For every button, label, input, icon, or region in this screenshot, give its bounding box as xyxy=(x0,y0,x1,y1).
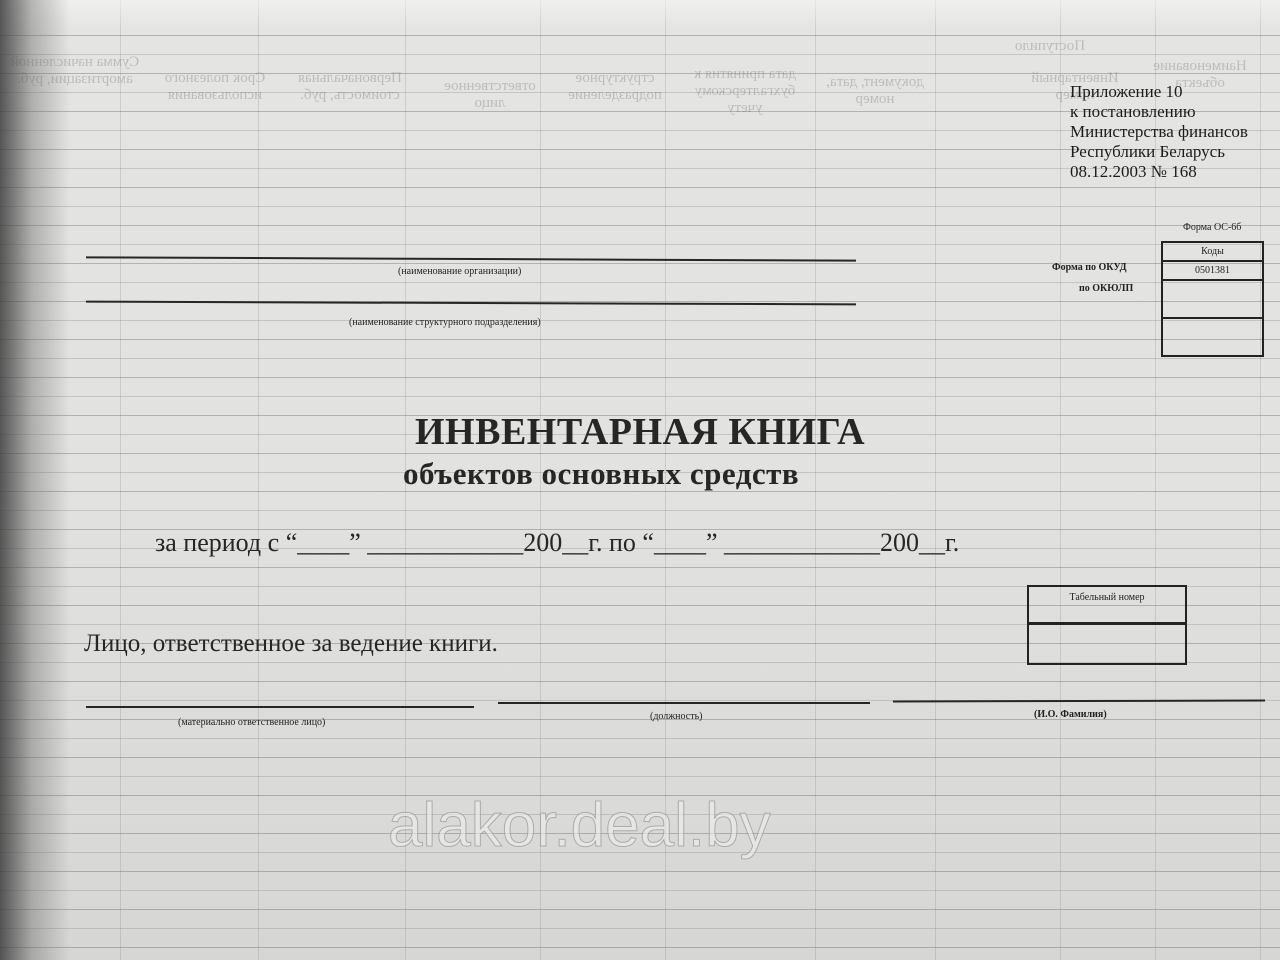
appendix-line: Республики Беларусь xyxy=(1070,142,1248,162)
tab-number-box: Табельный номер xyxy=(1027,585,1187,665)
grid-line xyxy=(0,738,1280,739)
grid-line xyxy=(1060,0,1061,960)
grid-line xyxy=(120,0,121,960)
form-page: Поступило Наименование объекта Инвентарн… xyxy=(0,0,1280,960)
ghost-group-label: Поступило xyxy=(920,38,1180,55)
grid-line xyxy=(0,681,1280,682)
grid-line xyxy=(0,396,1280,397)
grid-line xyxy=(1260,0,1261,960)
name-caption: (И.О. Фамилия) xyxy=(1034,709,1107,720)
grid-line xyxy=(0,35,1280,36)
organization-caption: (наименование организации) xyxy=(398,266,521,277)
grid-line xyxy=(0,339,1280,340)
codes-box: Коды 0501381 xyxy=(1161,241,1264,357)
position-caption: (должность) xyxy=(650,711,703,722)
responsible-label: Лицо, ответственное за ведение книги. xyxy=(84,630,498,658)
responsible-person-field[interactable] xyxy=(86,706,474,708)
grid-line xyxy=(0,320,1280,321)
grid-line xyxy=(0,947,1280,948)
codes-header: Коды xyxy=(1163,243,1262,262)
grid-line xyxy=(0,510,1280,511)
grid-line xyxy=(0,377,1280,378)
tab-number-field[interactable] xyxy=(1029,625,1185,663)
grid-line xyxy=(0,567,1280,568)
grid-line xyxy=(0,225,1280,226)
appendix-note: Приложение 10 к постановлению Министерст… xyxy=(1070,82,1248,182)
department-caption: (наименование структурного подразделения… xyxy=(349,317,541,328)
ghost-col: структурное подразделение xyxy=(550,70,680,104)
organization-field[interactable] xyxy=(86,256,856,261)
okud-value: 0501381 xyxy=(1163,262,1262,281)
responsible-person-caption: (материально ответственное лицо) xyxy=(178,717,325,728)
grid-line xyxy=(0,928,1280,929)
grid-line xyxy=(0,54,1280,55)
grid-line xyxy=(935,0,936,960)
top-glare xyxy=(0,0,1280,30)
grid-line xyxy=(0,358,1280,359)
grid-line xyxy=(0,244,1280,245)
ghost-col: ответственное лицо xyxy=(430,78,550,112)
binding-shadow xyxy=(0,0,70,960)
ghost-col: Срок полезного использования xyxy=(150,70,280,104)
grid-line xyxy=(0,187,1280,188)
grid-line xyxy=(258,0,259,960)
codes-empty-field[interactable] xyxy=(1163,319,1262,355)
watermark: alakor.deal.by xyxy=(388,790,771,861)
period-line[interactable]: за период с “____” ____________200__г. п… xyxy=(155,528,959,558)
grid-line xyxy=(0,206,1280,207)
ghost-col: Первоначальная стоимость, руб. xyxy=(280,70,420,104)
tab-number-label: Табельный номер xyxy=(1029,587,1185,625)
grid-line xyxy=(0,909,1280,910)
grid-line xyxy=(815,0,816,960)
okulp-value-field[interactable] xyxy=(1163,281,1262,319)
appendix-line: Приложение 10 xyxy=(1070,82,1248,102)
form-name: Форма ОС-6б xyxy=(1183,222,1241,233)
ghost-col: документ, дата, номер xyxy=(810,74,940,108)
position-field[interactable] xyxy=(498,702,870,704)
appendix-line: 08.12.2003 № 168 xyxy=(1070,162,1248,182)
name-field[interactable] xyxy=(893,700,1265,703)
grid-line xyxy=(0,871,1280,872)
okulp-label: по ОКЮЛП xyxy=(1079,283,1133,294)
appendix-line: Министерства финансов xyxy=(1070,122,1248,142)
appendix-line: к постановлению xyxy=(1070,102,1248,122)
title-sub: объектов основных средств xyxy=(403,456,799,492)
grid-line xyxy=(0,776,1280,777)
grid-line xyxy=(0,757,1280,758)
grid-line xyxy=(0,73,1280,74)
okud-label: Форма по ОКУД xyxy=(1052,262,1127,273)
title-main: ИНВЕНТАРНАЯ КНИГА xyxy=(415,410,865,454)
grid-line xyxy=(0,890,1280,891)
